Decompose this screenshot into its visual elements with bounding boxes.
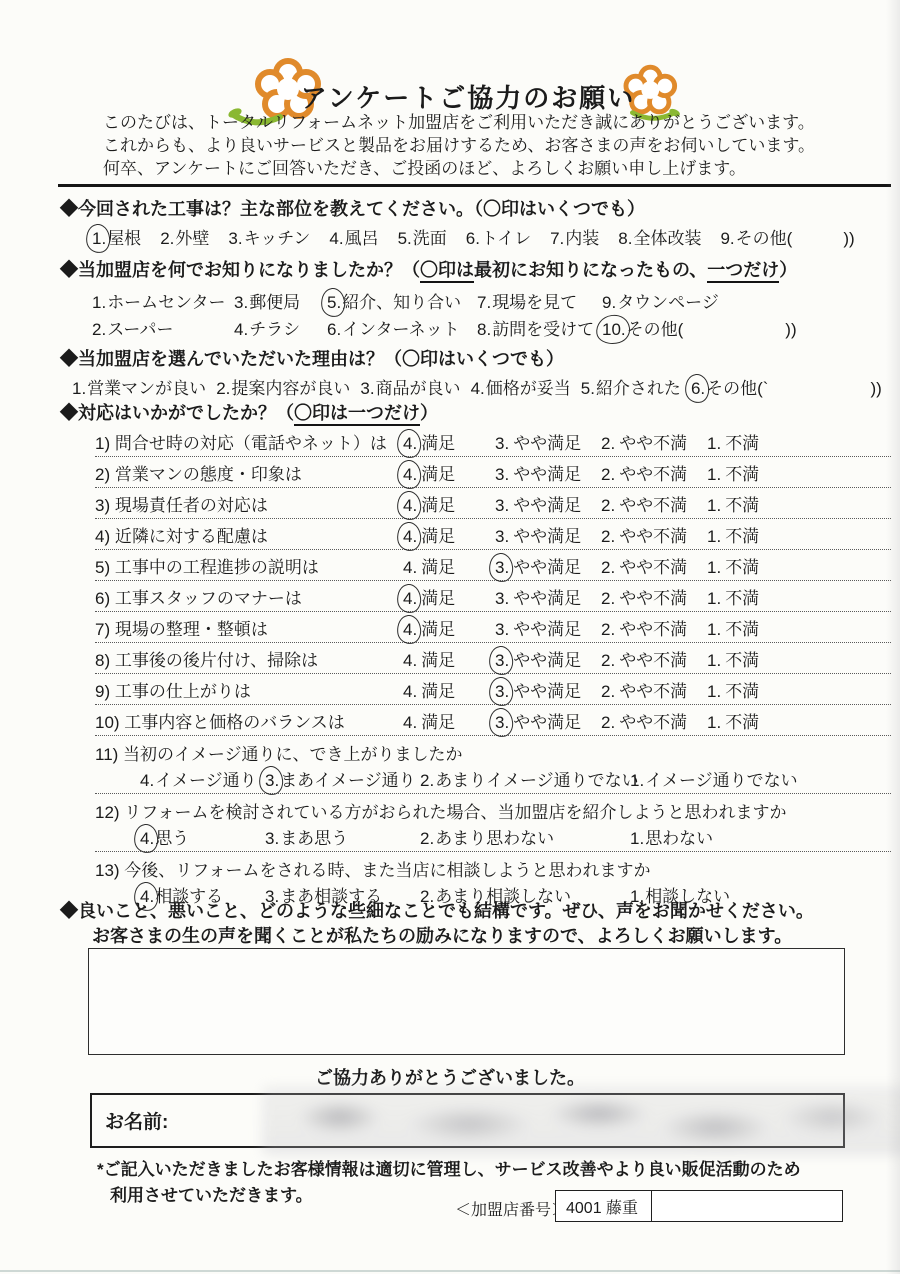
option-number: 3.	[234, 293, 248, 313]
option-label: チラシ	[249, 320, 300, 339]
option: 4.イメージ通り	[140, 766, 265, 791]
option-label: 洗面	[413, 229, 447, 248]
option-number: 1.	[707, 682, 721, 702]
option: 4.思う	[140, 824, 265, 849]
rating-question: 6) 工事スタッフのマナーは	[95, 584, 403, 609]
option: 3.やや満足	[495, 646, 601, 671]
option: 3.やや満足	[495, 429, 601, 454]
option-number: 4.	[403, 558, 417, 578]
rating-table: 1) 問合せ時の対応（電話やネット）は 4.満足 3.やや満足 2.やや不満 1…	[95, 426, 891, 909]
option-number: 6.	[466, 229, 480, 249]
option: 7.内装	[550, 224, 599, 249]
rating-row: 2) 営業マンの態度・印象は 4.満足 3.やや満足 2.やや不満 1.不満	[95, 457, 891, 488]
option-number: 4.	[140, 771, 154, 791]
option: 3.キッチン	[228, 224, 310, 249]
option-label: やや満足	[513, 434, 581, 453]
member-number-label: ＜加盟店番号＞	[455, 1197, 567, 1220]
option-label: インターネット	[342, 320, 459, 339]
q3-options: 1.営業マンが良い 2.提案内容が良い 3.商品が良い 4.価格が妥当 5.紹介…	[72, 374, 882, 399]
option-number: 2.	[601, 496, 615, 516]
option: 3.まあイメージ通り	[265, 766, 420, 791]
option-label: 不満	[725, 620, 759, 639]
option: 3.やや満足	[495, 522, 601, 547]
option-label: 満足	[421, 620, 455, 639]
option: 2.やや不満	[601, 584, 707, 609]
option-number: 9.	[602, 293, 616, 313]
option-number: 1.	[707, 527, 721, 547]
option: 1.不満	[707, 584, 759, 609]
option: 2.やや不満	[601, 460, 707, 485]
option: 3.やや満足	[495, 615, 601, 640]
option-number: 1.	[92, 293, 106, 313]
option-number: 4.	[403, 527, 417, 547]
option-number: 2.	[601, 682, 615, 702]
option: 5.紹介された	[581, 374, 681, 399]
option-number: 4.	[140, 829, 154, 849]
rating-question: 1) 問合せ時の対応（電話やネット）は	[95, 429, 403, 454]
option: 4.価格が妥当	[471, 374, 571, 399]
q4-heading-underlined: 〇印は一つだけ	[294, 403, 420, 426]
rating-question: 9) 工事の仕上がりは	[95, 677, 403, 702]
rating-question: 8) 工事後の後片付け、掃除は	[95, 646, 403, 671]
option-label: 不満	[725, 465, 759, 484]
option-label: やや満足	[513, 651, 581, 670]
intro-line: このたびは、トータルリフォームネット加盟店をご利用いただき誠にありがとうございま…	[103, 111, 815, 134]
option-number: 1.	[707, 620, 721, 640]
rating-subquestion: 12) リフォームを検討されている方がおられた場合、当加盟店を紹介しようと思われ…	[95, 794, 891, 852]
option-number: 6.	[691, 379, 705, 399]
option: 2.外壁	[160, 224, 209, 249]
option-number: 10.	[602, 320, 626, 340]
option-number: 4.	[403, 465, 417, 485]
name-field-box: お名前:	[90, 1093, 845, 1148]
option-number: 3.	[495, 651, 509, 671]
option-number: 2.	[601, 558, 615, 578]
option-number: 3.	[228, 229, 242, 249]
option: 1.不満	[707, 460, 759, 485]
option-number: 4.	[234, 320, 248, 340]
q4-heading: ◆対応はいかがでしたか？（〇印は一つだけ）	[60, 399, 438, 425]
option-label: やや不満	[619, 527, 687, 546]
rating-row: 6) 工事スタッフのマナーは 4.満足 3.やや満足 2.やや不満 1.不満	[95, 581, 891, 612]
option: 1.営業マンが良い	[72, 374, 206, 399]
rating-row: 7) 現場の整理・整頓は 4.満足 3.やや満足 2.やや不満 1.不満	[95, 612, 891, 643]
name-label: お名前:	[92, 1107, 168, 1134]
option-label: 思わない	[645, 829, 713, 848]
option: 2.やや不満	[601, 708, 707, 733]
option: 2.やや不満	[601, 429, 707, 454]
option-label: やや不満	[619, 620, 687, 639]
option-number: 3.	[495, 434, 509, 454]
option-label: やや不満	[619, 682, 687, 701]
option: 4.満足	[403, 677, 495, 702]
option-label: 満足	[421, 651, 455, 670]
option: 4.満足	[403, 429, 495, 454]
option-label: まあイメージ通り	[280, 771, 416, 790]
q2-heading-text: 最初にお知りになったもの、	[474, 260, 707, 280]
option: 2.やや不満	[601, 553, 707, 578]
option-label: やや満足	[513, 713, 581, 732]
rating-row: 4) 近隣に対する配慮は 4.満足 3.やや満足 2.やや不満 1.不満	[95, 519, 891, 550]
intro-line: 何卒、アンケートにご回答いただき、ご投函のほど、よろしくお願い申し上げます。	[103, 157, 815, 180]
comments-heading-line1: ◆良いこと、悪いこと、どのような些細なことでも結構です。ぜひ、声をお聞かせくださ…	[60, 897, 814, 923]
option: 4.満足	[403, 615, 495, 640]
option-number: 1.	[707, 465, 721, 485]
option-label: やや満足	[513, 589, 581, 608]
option-number: 1.	[707, 496, 721, 516]
option-number: 3.	[495, 713, 509, 733]
subquestion-options: 4.イメージ通り 3.まあイメージ通り 2.あまりイメージ通りでない 1.イメー…	[140, 765, 891, 791]
option: 2.やや不満	[601, 491, 707, 516]
rating-question: 3) 現場責任者の対応は	[95, 491, 403, 516]
option-label: やや不満	[619, 465, 687, 484]
option-number: 1.	[707, 589, 721, 609]
q2-heading-underlined: 一つだけ	[707, 260, 779, 283]
option-label: やや不満	[619, 651, 687, 670]
option: 8.全体改装	[618, 224, 701, 249]
option: 2.やや不満	[601, 677, 707, 702]
option: 1.不満	[707, 677, 759, 702]
option-number: 2.	[92, 320, 106, 340]
option: 1.不満	[707, 429, 759, 454]
option-label: やや不満	[619, 558, 687, 577]
option-label: トイレ	[481, 229, 531, 248]
option-number: 2.	[601, 713, 615, 733]
option-label: 紹介、知り合い	[342, 293, 461, 312]
option: 10.その他( ))	[602, 315, 797, 340]
option-number: 2.	[420, 771, 434, 791]
option: 1.不満	[707, 553, 759, 578]
option: 6.インターネット	[327, 315, 477, 340]
option-label: 屋根	[107, 229, 141, 248]
option-number: 1.	[630, 829, 644, 849]
option-label: その他( )	[736, 229, 849, 248]
option-number: 6.	[327, 320, 341, 340]
option: 4.風呂	[329, 224, 378, 249]
option: 2.あまりイメージ通りでない	[420, 766, 630, 791]
option-number: 4.	[471, 379, 485, 399]
option: 2.提案内容が良い	[216, 374, 350, 399]
option-number: 2.	[420, 829, 434, 849]
subquestion-options: 4.思う 3.まあ思う 2.あまり思わない 1.思わない	[140, 823, 891, 849]
option-label: やや満足	[513, 527, 581, 546]
option-number: 3.	[265, 829, 279, 849]
rating-question: 11) 当初のイメージ通りに、でき上がりましたか	[95, 740, 891, 765]
option: 3.やや満足	[495, 460, 601, 485]
option-number: 3.	[265, 771, 279, 791]
option-label: 郵便局	[249, 293, 300, 312]
option-number: 2.	[601, 589, 615, 609]
option-number: 1.	[630, 771, 644, 791]
option-label: 提案内容が良い	[231, 379, 350, 398]
option-label: タウンページ	[617, 293, 719, 312]
option-number: 9.	[720, 229, 734, 249]
option-label: 満足	[421, 496, 455, 515]
option-number: 8.	[477, 320, 491, 340]
form-title: アンケートご協力のお願い	[0, 78, 900, 115]
option-number: 1.	[707, 713, 721, 733]
option-label: スーパー	[107, 320, 173, 339]
option: 3.やや満足	[495, 491, 601, 516]
option-label: 紹介された	[596, 379, 681, 398]
option-label: イメージ通り	[155, 771, 257, 790]
option: 2.やや不満	[601, 615, 707, 640]
intro-line: これからも、より良いサービスと製品をお届けするため、お客さまの声をお伺いしていま…	[103, 134, 815, 157]
option-label: 風呂	[345, 229, 379, 248]
option-number: 4.	[403, 651, 417, 671]
option: 1.ホームセンター	[92, 288, 234, 313]
option-label: やや満足	[513, 558, 581, 577]
option: 1.不満	[707, 522, 759, 547]
option-label: 思う	[155, 829, 189, 848]
rating-row: 9) 工事の仕上がりは 4.満足 3.やや満足 2.やや不満 1.不満	[95, 674, 891, 705]
q2-options-row2: 2.スーパー 4.チラシ 6.インターネット 8.訪問を受けて 10.その他( …	[92, 314, 797, 341]
option-label: イメージ通りでない	[645, 771, 798, 790]
option: 3.やや満足	[495, 677, 601, 702]
option-label: 不満	[725, 527, 759, 546]
option-number: 2.	[601, 527, 615, 547]
option-number: 1.	[707, 434, 721, 454]
option-number: 3.	[360, 379, 374, 399]
option: 4.満足	[403, 491, 495, 516]
option-number: 3.	[495, 558, 509, 578]
rating-question: 13) 今後、リフォームをされる時、また当店に相談しようと思われますか	[95, 856, 891, 881]
option-label: ホームセンター	[107, 293, 225, 312]
rating-question: 10) 工事内容と価格のバランスは	[95, 708, 403, 733]
option: 3.郵便局	[234, 288, 327, 313]
option: 9.その他( ))	[720, 224, 854, 249]
option-label: 不満	[725, 713, 759, 732]
option: 3.やや満足	[495, 584, 601, 609]
member-number-value: 4001 藤重	[556, 1191, 652, 1221]
option-number: 2.	[601, 651, 615, 671]
option-label: 不満	[725, 558, 759, 577]
option-number: 3.	[495, 620, 509, 640]
option-label: やや満足	[513, 620, 581, 639]
option-label: 訪問を受けて	[492, 320, 594, 339]
q2-options-row1: 1.ホームセンター 3.郵便局 5.紹介、知り合い 7.現場を見て 9.タウンペ…	[92, 287, 719, 314]
rating-subquestion: 11) 当初のイメージ通りに、でき上がりましたか 4.イメージ通り 3.まあイメ…	[95, 736, 891, 794]
option-number: 8.	[618, 229, 632, 249]
option: 3.商品が良い	[360, 374, 460, 399]
rating-question: 5) 工事中の工程進捗の説明は	[95, 553, 403, 578]
q2-heading-underlined: 〇印は	[420, 260, 474, 283]
privacy-note-line1: *ご記入いただきましたお客様情報は適切に管理し、サービス改善やより良い販促活動の…	[97, 1155, 801, 1180]
option: 2.やや不満	[601, 646, 707, 671]
option-number: 4.	[329, 229, 343, 249]
option-label: 内装	[565, 229, 599, 248]
rating-question: 7) 現場の整理・整頓は	[95, 615, 403, 640]
option-label: 不満	[725, 496, 759, 515]
option-label: 満足	[421, 589, 455, 608]
option-number: 1.	[707, 558, 721, 578]
option: 3.やや満足	[495, 553, 601, 578]
q2-heading-text: ）	[779, 260, 797, 280]
option-label: 不満	[725, 434, 759, 453]
option-label: 満足	[421, 558, 455, 577]
option: 4.満足	[403, 646, 495, 671]
option-number: 1.	[707, 651, 721, 671]
option-number: 2.	[601, 620, 615, 640]
option: 1.屋根	[92, 224, 141, 249]
option-number: 3.	[495, 465, 509, 485]
option-label: 商品が良い	[376, 379, 461, 398]
option-label: 不満	[725, 589, 759, 608]
option-label: 満足	[421, 527, 455, 546]
comments-box	[88, 948, 845, 1055]
option: 4.チラシ	[234, 315, 327, 340]
option-number: 5.	[327, 293, 341, 313]
privacy-note-line2: 利用させていただきます。	[110, 1181, 313, 1206]
option-label: やや不満	[619, 434, 687, 453]
rating-question: 12) リフォームを検討されている方がおられた場合、当加盟店を紹介しようと思われ…	[95, 798, 891, 823]
option-label: やや満足	[513, 682, 581, 701]
option: 7.現場を見て	[477, 288, 602, 313]
rating-row: 10) 工事内容と価格のバランスは 4.満足 3.やや満足 2.やや不満 1.不…	[95, 705, 891, 736]
option: 2.スーパー	[92, 315, 234, 340]
option-label: 外壁	[175, 229, 209, 248]
q1-heading: ◆今回された工事は？主な部位を教えてください。（〇印はいくつでも）	[60, 195, 645, 221]
option-number: 4.	[403, 620, 417, 640]
q3-heading: ◆当加盟店を選んでいただいた理由は？（〇印はいくつでも）	[60, 345, 564, 371]
option-label: やや満足	[513, 465, 581, 484]
option: 4.満足	[403, 553, 495, 578]
rating-row: 3) 現場責任者の対応は 4.満足 3.やや満足 2.やや不満 1.不満	[95, 488, 891, 519]
option-label: やや不満	[619, 713, 687, 732]
option-label: その他( )	[627, 320, 791, 339]
option: 4.満足	[403, 460, 495, 485]
option: 1.イメージ通りでない	[630, 766, 798, 791]
option-number: 4.	[403, 496, 417, 516]
option: 4.満足	[403, 522, 495, 547]
option-label: 不満	[725, 651, 759, 670]
rating-question: 2) 営業マンの態度・印象は	[95, 460, 403, 485]
option-label: キッチン	[244, 229, 311, 248]
option-number: 3.	[495, 589, 509, 609]
option-label: あまりイメージ通りでない	[435, 771, 639, 790]
option-number: 7.	[550, 229, 564, 249]
option: 2.やや不満	[601, 522, 707, 547]
rating-row: 1) 問合せ時の対応（電話やネット）は 4.満足 3.やや満足 2.やや不満 1…	[95, 426, 891, 457]
divider-line	[58, 184, 891, 187]
option-number: 2.	[601, 465, 615, 485]
comments-heading-line2: お客さまの生の声を聞くことが私たちの励みになりますので、よろしくお願いします。	[92, 922, 792, 948]
option: 3.まあ思う	[265, 824, 420, 849]
option: 5.紹介、知り合い	[327, 288, 477, 313]
option-number: 1.	[72, 379, 86, 399]
option: 1.不満	[707, 646, 759, 671]
option-number: 4.	[403, 589, 417, 609]
option-number: 2.	[160, 229, 174, 249]
option-number: 1.	[92, 229, 106, 249]
option-number: 4.	[403, 682, 417, 702]
member-number-table: 4001 藤重	[555, 1190, 843, 1222]
option-label: 不満	[725, 682, 759, 701]
option-number: 5.	[581, 379, 595, 399]
rating-question: 4) 近隣に対する配慮は	[95, 522, 403, 547]
option: 1.不満	[707, 615, 759, 640]
option: 3.やや満足	[495, 708, 601, 733]
option: 4.満足	[403, 708, 495, 733]
q1-options: 1.屋根 2.外壁 3.キッチン 4.風呂 5.洗面 6.トイレ 7.内装 8.…	[92, 224, 855, 249]
option-label: やや不満	[619, 589, 687, 608]
option: 5.洗面	[398, 224, 447, 249]
option-number: 5.	[398, 229, 412, 249]
option-number: 3.	[495, 682, 509, 702]
option: 1.不満	[707, 491, 759, 516]
rating-row: 8) 工事後の後片付け、掃除は 4.満足 3.やや満足 2.やや不満 1.不満	[95, 643, 891, 674]
q4-heading-text: ◆対応はいかがでしたか？（	[60, 403, 294, 423]
option-label: やや満足	[513, 496, 581, 515]
option: 1.不満	[707, 708, 759, 733]
option-label: 価格が妥当	[486, 379, 571, 398]
option-label: あまり思わない	[435, 829, 554, 848]
q2-heading: ◆当加盟店を何でお知りになりましたか？（〇印は最初にお知りになったもの、一つだけ…	[60, 256, 797, 282]
option: 8.訪問を受けて	[477, 315, 602, 340]
option-label: 現場を見て	[492, 293, 577, 312]
option-label: 満足	[421, 465, 455, 484]
option: 9.タウンページ	[602, 288, 719, 313]
option-number: 4.	[403, 434, 417, 454]
rating-row: 5) 工事中の工程進捗の説明は 4.満足 3.やや満足 2.やや不満 1.不満	[95, 550, 891, 581]
member-number-empty-cell	[652, 1191, 842, 1221]
option-number: 2.	[216, 379, 230, 399]
redacted-name-blur	[262, 1086, 900, 1155]
intro-paragraph: このたびは、トータルリフォームネット加盟店をご利用いただき誠にありがとうございま…	[103, 111, 815, 180]
option-label: やや不満	[619, 496, 687, 515]
option: 4.満足	[403, 584, 495, 609]
option-number: 7.	[477, 293, 491, 313]
option-number: 3.	[495, 496, 509, 516]
option: 6.トイレ	[466, 224, 531, 249]
option: 6.その他(` ))	[691, 374, 882, 399]
option-label: その他(` )	[706, 379, 876, 398]
option: 2.あまり思わない	[420, 824, 630, 849]
option-label: まあ思う	[280, 829, 348, 848]
option-number: 3.	[495, 527, 509, 547]
option-number: 2.	[601, 434, 615, 454]
scanned-survey-form: アンケートご協力のお願い このたびは、トータルリフォームネット加盟店をご利用いた…	[0, 0, 900, 1274]
option: 1.思わない	[630, 824, 713, 849]
option-label: 満足	[421, 682, 455, 701]
option-number: 4.	[403, 713, 417, 733]
q2-heading-text: ◆当加盟店を何でお知りになりましたか？（	[60, 260, 420, 280]
option-label: 満足	[421, 713, 455, 732]
q4-heading-text: ）	[420, 403, 438, 423]
option-label: 全体改装	[633, 229, 701, 248]
option-label: 満足	[421, 434, 455, 453]
option-label: 営業マンが良い	[87, 379, 206, 398]
